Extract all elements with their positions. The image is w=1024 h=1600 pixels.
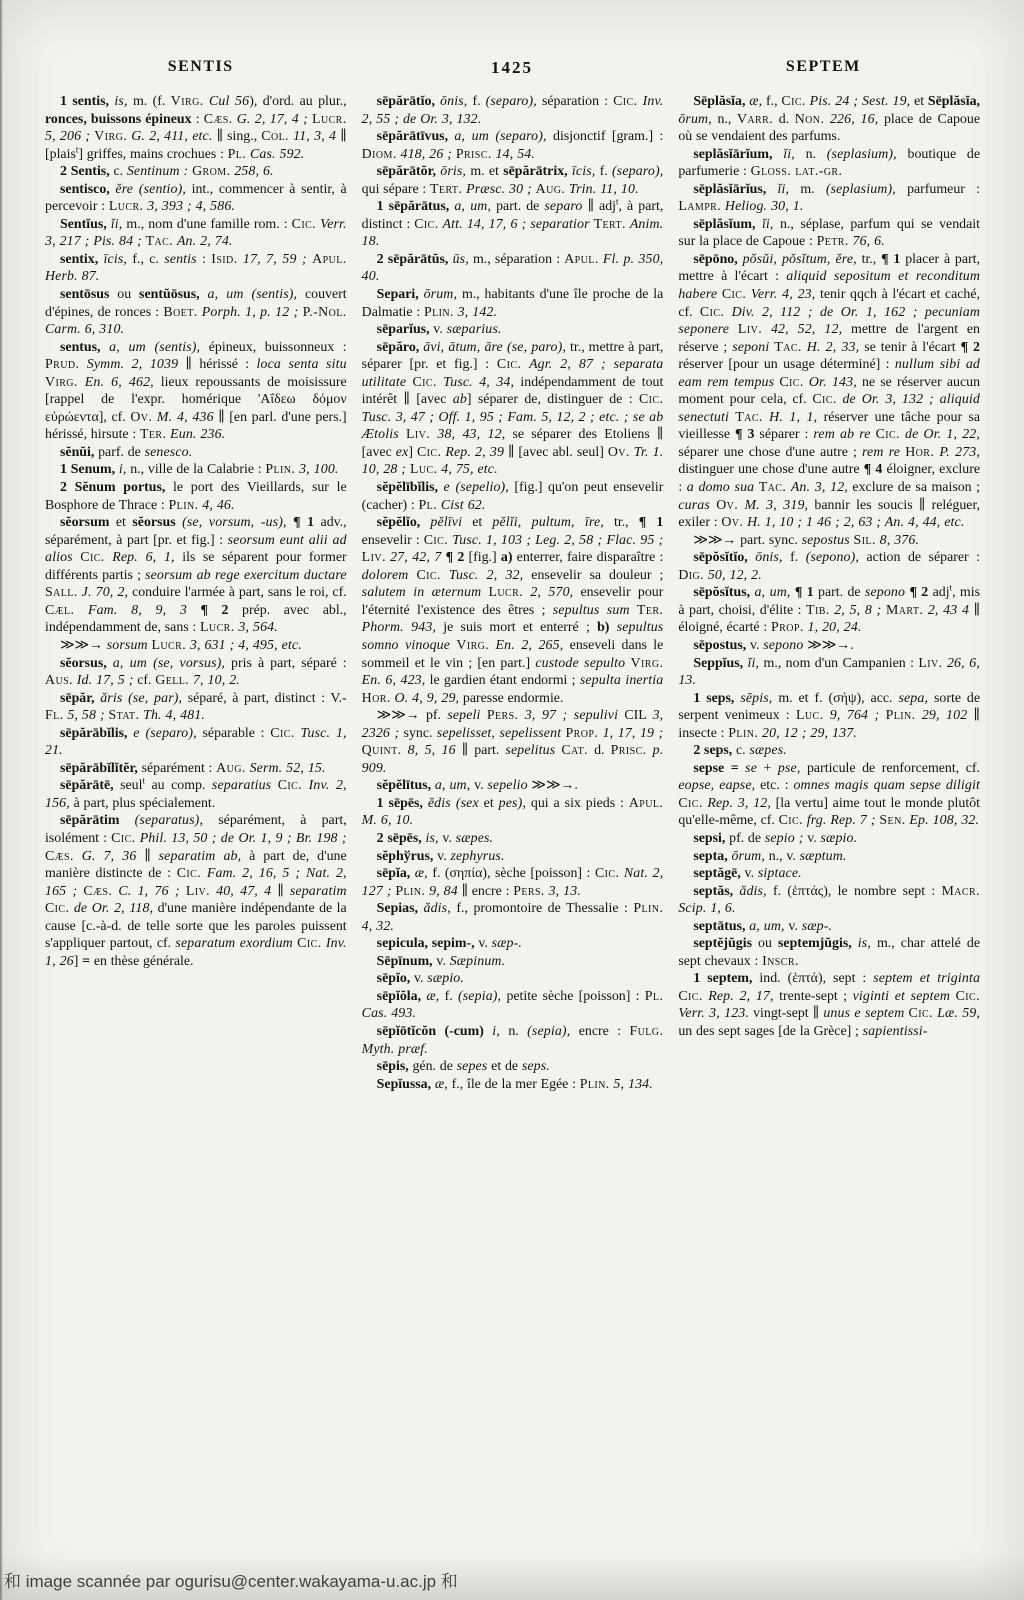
dictionary-entry: 1 Senum, i, n., ville de la Calabrie : P…: [45, 461, 347, 479]
dictionary-entry: 1 septem, ind. (ἑπτά), sept : septem et …: [678, 970, 980, 1040]
dictionary-entry: sepsi, pf. de sepio ; v. sæpio.: [678, 830, 980, 848]
dictionary-entry: sēpostus, v. sepono ≫≫→.: [678, 637, 980, 655]
dictionary-entry: sēpĭo, v. sæpio.: [362, 970, 664, 988]
dictionary-entry: sēpărātĭo, ōnis, f. (separo), séparation…: [362, 93, 664, 128]
dictionary-entry: ≫≫→ part. sync. sepostus Sil. 8, 376.: [678, 532, 980, 550]
dictionary-entry: sentus, a, um (sentis), épineux, buisson…: [45, 339, 347, 444]
dictionary-entry: sēpis, gén. de sepes et de seps.: [362, 1058, 664, 1076]
dictionary-entry: sĕpĕlītus, a, um, v. sepelio ≫≫→.: [362, 777, 664, 795]
dictionary-entry: sēpŏsĭtus, a, um, ¶ 1 part. de sepono ¶ …: [678, 584, 980, 637]
dictionary-entry: septĕjŭgis ou septemjŭgis, is, m., char …: [678, 935, 980, 970]
dictionary-entry: sĕnŭi, parf. de senesco.: [45, 444, 347, 462]
dictionary-entry: Sentĭus, ĭi, m., nom d'une famille rom. …: [45, 216, 347, 251]
running-header-right-word: SEPTEM: [668, 58, 979, 78]
dictionary-entry: sēpĭŏla, æ, f. (sepia), petite sèche [po…: [362, 988, 664, 1023]
dictionary-entry: Sēpīnum, v. Sæpinum.: [362, 953, 664, 971]
dictionary-entry: sēpĭōtĭcŏn (-cum) i, n. (sepia), encre :…: [362, 1023, 664, 1058]
dictionary-entry: septăs, ădis, f. (ἑπτάς), le nombre sept…: [678, 883, 980, 918]
dictionary-entry: sēpărātim (separatus), séparément, à par…: [45, 812, 347, 970]
dictionary-entry: sēpărātīvus, a, um (separo), disjonctif …: [362, 128, 664, 163]
dictionary-entry: 2 sēpēs, is, v. sæpes.: [362, 830, 664, 848]
dictionary-entry: sĕphўrus, v. zephyrus.: [362, 848, 664, 866]
running-header: SENTIS 1425 SEPTEM: [0, 0, 1024, 78]
dictionary-entry: sēpĭa, æ, f. (σηπία), sèche [poisson] : …: [362, 865, 664, 900]
dictionary-entry: seplăsĭārĭum, ĭi, n. (seplasium), boutiq…: [678, 146, 980, 181]
dictionary-entry: septātus, a, um, v. sæp-.: [678, 918, 980, 936]
dictionary-entry: 2 Sentis, c. Sentinum : Grom. 258, 6.: [45, 163, 347, 181]
dictionary-entry: sēpărātŏr, ōris, m. et sēpărātrix, īcis,…: [362, 163, 664, 198]
dictionary-column: Sēplăsĭa, æ, f., Cic. Pis. 24 ; Sest. 19…: [678, 93, 980, 1545]
dictionary-entry: sĕpĕlĭo, pĕlīvi et pĕlĭi, pultum, īre, t…: [362, 514, 664, 707]
dictionary-entry: sēpărābĭlĭtĕr, séparément : Aug. Serm. 5…: [45, 760, 347, 778]
dictionary-entry: sēpărātē, seult au comp. separatius Cic.…: [45, 777, 347, 812]
dictionary-entry: Separi, ōrum, m., habitants d'une île pr…: [362, 286, 664, 321]
dictionary-entry: 1 sentis, is, m. (f. Virg. Cul 56), d'or…: [45, 93, 347, 163]
dictionary-entry: Sepias, ădis, f., promontoire de Thessal…: [362, 900, 664, 935]
dictionary-entry: sepicula, sepim-, v. sæp-.: [362, 935, 664, 953]
page-number: 1425: [356, 58, 667, 78]
dictionary-entry: 2 sēpărātŭs, ūs, m., séparation : Apul. …: [362, 251, 664, 286]
dictionary-entry: sēpăr, ăris (se, par), séparé, à part, d…: [45, 690, 347, 725]
dictionary-entry: sentōsus ou sentŭōsus, a, um (sentis), c…: [45, 286, 347, 339]
dictionary-entry: sēpŏsĭtĭo, ōnis, f. (sepono), action de …: [678, 549, 980, 584]
dictionary-entry: Sepĭussa, æ, f., île de la mer Egée : Pl…: [362, 1076, 664, 1094]
dictionary-entry: 1 sēpēs, ĕdis (sex et pes), qui a six pi…: [362, 795, 664, 830]
dictionary-entry: ≫≫→ pf. sepeli Pers. 3, 97 ; sepulivi CI…: [362, 707, 664, 777]
dictionary-entry: sĕorsus, a, um (se, vorsus), pris à part…: [45, 655, 347, 690]
dictionary-entry: septăgē, v. siptace.: [678, 865, 980, 883]
scan-watermark: 和 image scannée par ogurisu@center.wakay…: [4, 1567, 458, 1592]
dictionary-entry: 2 seps, c. sæpes.: [678, 742, 980, 760]
dictionary-page-scan: SENTIS 1425 SEPTEM 1 sentis, is, m. (f. …: [0, 0, 1024, 1600]
text-columns: 1 sentis, is, m. (f. Virg. Cul 56), d'or…: [0, 78, 1024, 1545]
dictionary-entry: 1 seps, sēpis, m. et f. (σήψ), acc. sepa…: [678, 690, 980, 743]
dictionary-entry: sēplăsĭum, ĭi, n., séplase, parfum qui s…: [678, 216, 980, 251]
running-header-left-word: SENTIS: [45, 58, 356, 78]
dictionary-entry: sēparĭus, v. sæparius.: [362, 321, 664, 339]
dictionary-entry: 1 sēpărātus, a, um, part. de separo ∥ ad…: [362, 198, 664, 251]
dictionary-entry: Seppĭus, ĭi, m., nom d'un Campanien : Li…: [678, 655, 980, 690]
dictionary-entry: ≫≫→ sorsum Lucr. 3, 631 ; 4, 495, etc.: [45, 637, 347, 655]
dictionary-entry: sepse = se + pse, particule de renforcem…: [678, 760, 980, 830]
dictionary-entry: sentisco, ĕre (sentio), int., commencer …: [45, 181, 347, 216]
dictionary-entry: sĕpĕlībĭlis, e (sepelio), [fig.] qu'on p…: [362, 479, 664, 514]
dictionary-column: 1 sentis, is, m. (f. Virg. Cul 56), d'or…: [45, 93, 347, 1545]
dictionary-entry: sēpărābĭlis, e (separo), séparable : Cic…: [45, 725, 347, 760]
dictionary-column: sēpărātĭo, ōnis, f. (separo), séparation…: [362, 93, 664, 1545]
dictionary-entry: sēplăsĭārĭus, ĭi, m. (seplasium), parfum…: [678, 181, 980, 216]
dictionary-entry: sentix, īcis, f., c. sentis : Isid. 17, …: [45, 251, 347, 286]
dictionary-entry: Sēplăsĭa, æ, f., Cic. Pis. 24 ; Sest. 19…: [678, 93, 980, 146]
dictionary-entry: sēpăro, āvi, ātum, āre (se, paro), tr., …: [362, 339, 664, 479]
dictionary-entry: sēpōno, pŏsŭi, pŏsĭtum, ĕre, tr., ¶ 1 pl…: [678, 251, 980, 532]
dictionary-entry: sĕorsum et sĕorsus (se, vorsum, -us), ¶ …: [45, 514, 347, 637]
dictionary-entry: 2 Sĕnum portus, le port des Vieillards, …: [45, 479, 347, 514]
dictionary-entry: septa, ōrum, n., v. sæptum.: [678, 848, 980, 866]
